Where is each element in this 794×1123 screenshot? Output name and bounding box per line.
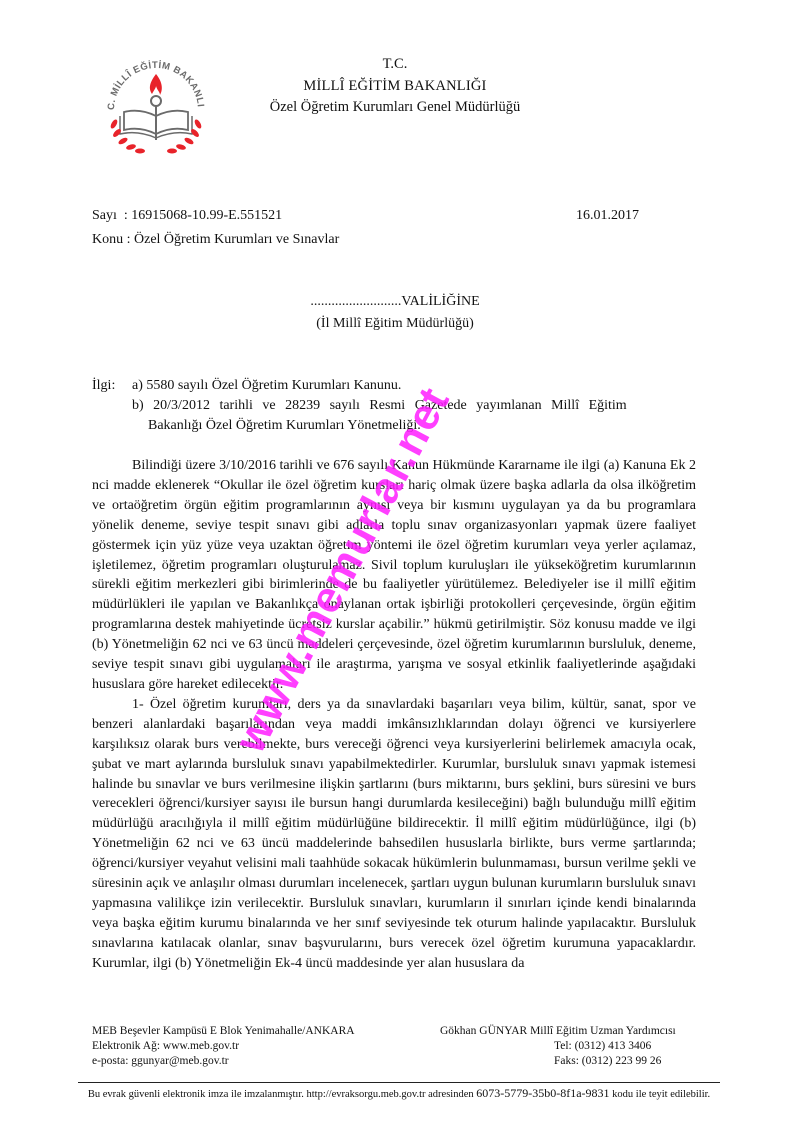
header-ministry: MİLLÎ EĞİTİM BAKANLIĞI (180, 76, 610, 96)
addressee: ..........................VALİLİĞİNE (180, 294, 610, 310)
header-tc: T.C. (180, 54, 610, 74)
verify-code: 6073-5779-35b0-8f1a-9831 (476, 1086, 609, 1100)
document-number: Sayı : 16915068-10.99-E.551521 (92, 208, 282, 224)
references: İlgi: a) 5580 sayılı Özel Öğretim Kuruml… (92, 376, 682, 436)
footer-contact-address: MEB Beşevler Kampüsü E Blok Yenimahalle/… (92, 1024, 355, 1069)
footer-person: Gökhan GÜNYAR Millî Eğitim Uzman Yardımc… (440, 1024, 676, 1039)
verify-prefix: Bu evrak güvenli elektronik imza ile imz… (88, 1089, 474, 1100)
reference-b: b) 20/3/2012 tarihli ve 28239 sayılı Res… (132, 396, 682, 416)
body-paragraph: Bilindiği üzere 3/10/2016 tarihli ve 676… (92, 456, 696, 695)
footer-email: e-posta: ggunyar@meb.gov.tr (92, 1054, 355, 1069)
letter-body: Bilindiği üzere 3/10/2016 tarihli ve 676… (92, 456, 696, 974)
references-label: İlgi: (92, 376, 115, 396)
document-date: 16.01.2017 (576, 208, 639, 224)
reference-a: a) 5580 sayılı Özel Öğretim Kurumları Ka… (132, 376, 682, 396)
footer-fax: Faks: (0312) 223 99 26 (440, 1054, 676, 1069)
header-department: Özel Öğretim Kurumları Genel Müdürlüğü (180, 97, 610, 117)
e-signature-verification: Bu evrak güvenli elektronik imza ile imz… (78, 1086, 720, 1101)
addressee-subtitle: (İl Millî Eğitim Müdürlüğü) (180, 316, 610, 332)
footer-tel: Tel: (0312) 413 3406 (440, 1039, 676, 1054)
reference-b-continued: Bakanlığı Özel Öğretim Kurumları Yönetme… (148, 416, 682, 436)
footer-address: MEB Beşevler Kampüsü E Blok Yenimahalle/… (92, 1024, 355, 1039)
footer-divider (78, 1082, 720, 1083)
document-subject: Konu : Özel Öğretim Kurumları ve Sınavla… (92, 232, 339, 248)
body-paragraph: 1- Özel öğretim kurumları, ders ya da sı… (92, 695, 696, 974)
verify-suffix: kodu ile teyit edilebilir. (612, 1089, 710, 1100)
footer-network: Elektronik Ağ: www.meb.gov.tr (92, 1039, 355, 1054)
footer-contact-person: Gökhan GÜNYAR Millî Eğitim Uzman Yardımc… (440, 1024, 676, 1069)
